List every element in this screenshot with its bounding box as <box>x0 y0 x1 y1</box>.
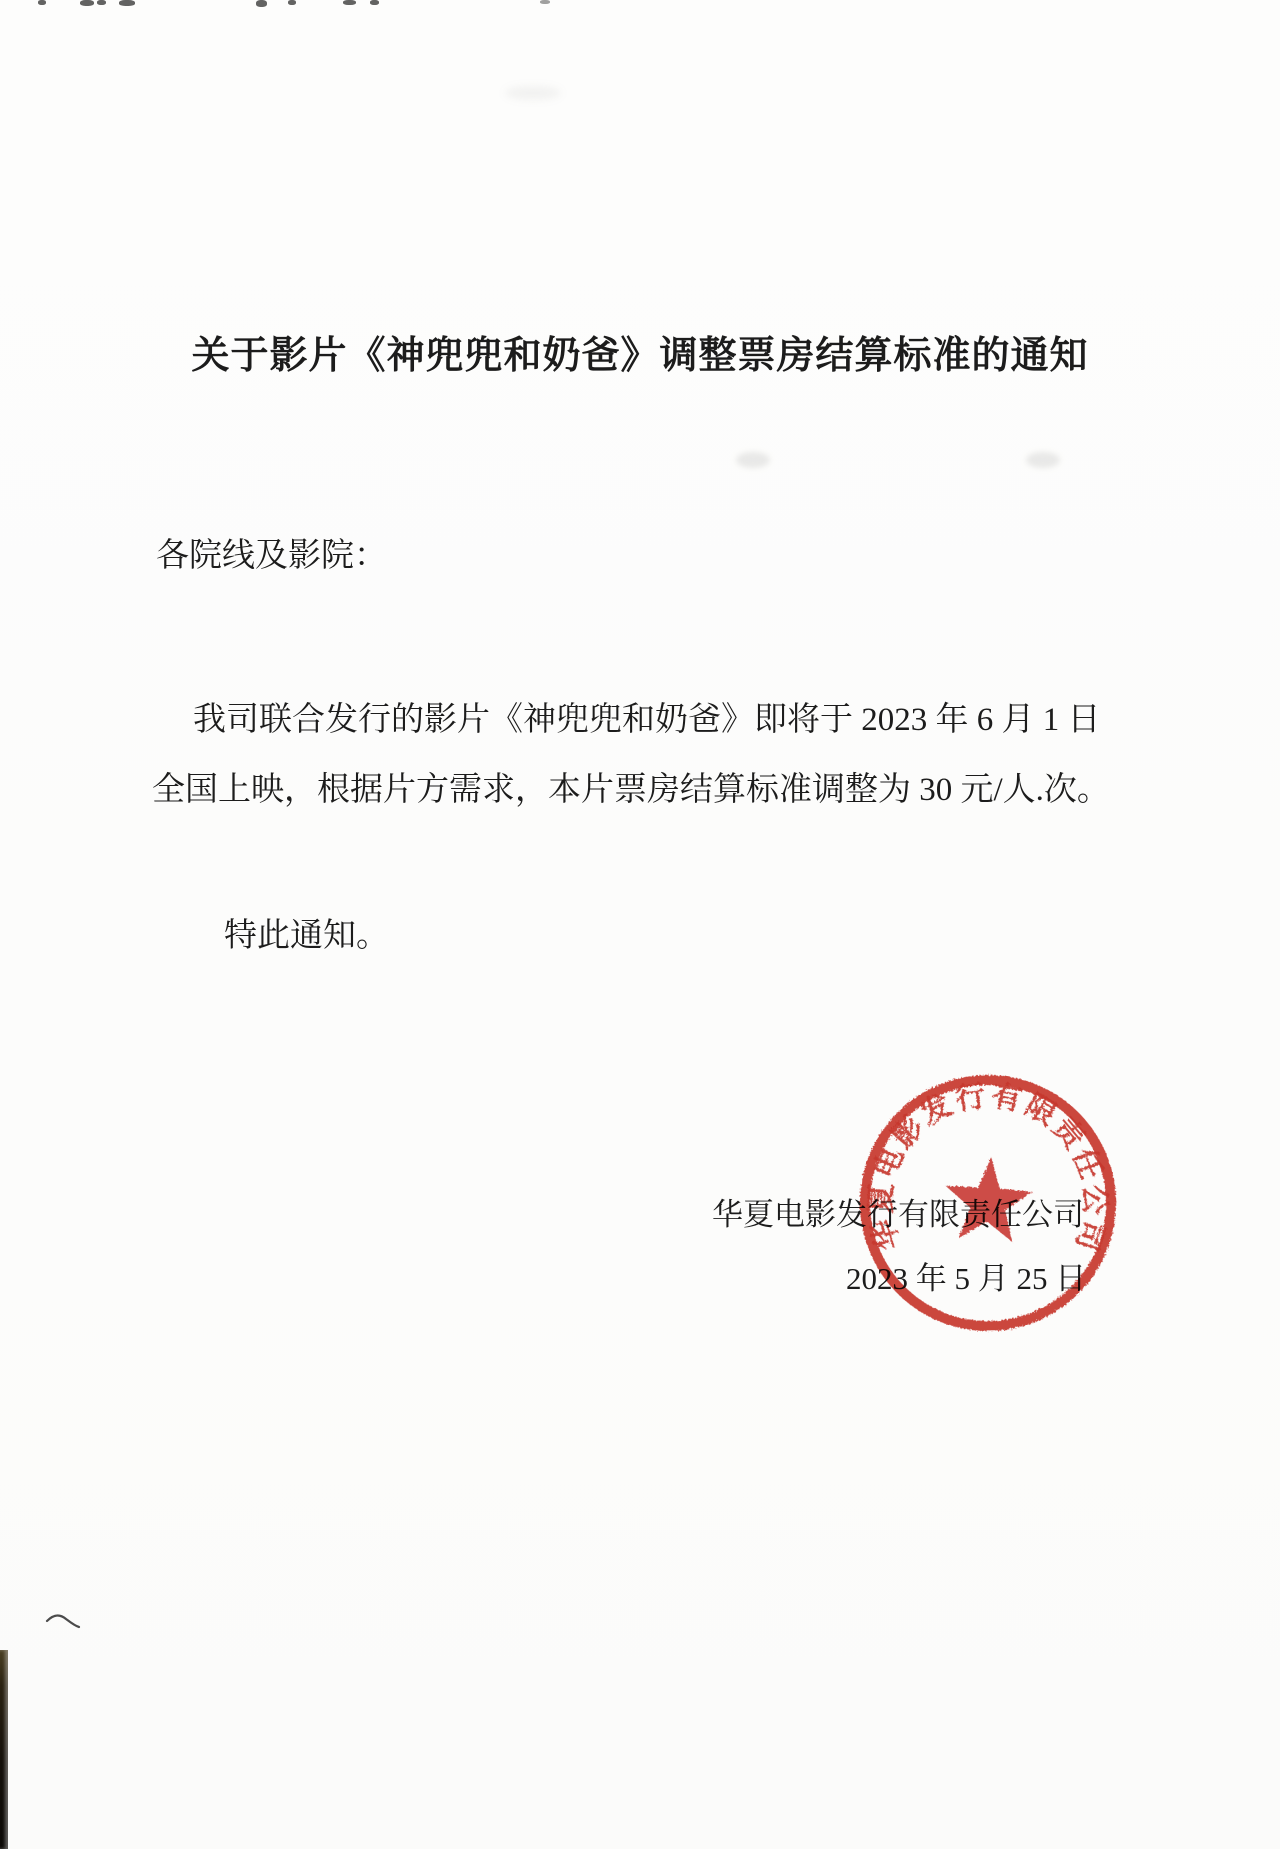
scan-speck <box>38 0 46 5</box>
body-paragraph-line-1: 我司联合发行的影片《神兜兜和奶爸》即将于 2023 年 6 月 1 日 <box>193 700 1101 741</box>
scan-speck <box>80 0 94 6</box>
scan-speck <box>370 0 379 5</box>
scan-speck <box>540 0 550 4</box>
closing-phrase: 特此通知。 <box>224 916 389 957</box>
notice-title: 关于影片《神兜兜和奶爸》调整票房结算标准的通知 <box>0 332 1280 380</box>
pen-mark-artifact <box>44 1610 82 1638</box>
scanned-notice-document: 关于影片《神兜兜和奶爸》调整票房结算标准的通知 各院线及影院： 我司联合发行的影… <box>0 0 1280 1849</box>
signature-date: 2023 年 5 月 25 日 <box>846 1260 1086 1299</box>
body-paragraph-line-2: 全国上映，根据片方需求，本片票房结算标准调整为 30 元/人.次。 <box>152 770 1110 811</box>
scan-smudge <box>1026 452 1060 468</box>
scan-edge-artifact <box>0 1650 8 1849</box>
scan-speck <box>97 0 106 5</box>
salutation: 各院线及影院： <box>156 536 387 577</box>
company-signature: 华夏电影发行有限责任公司 <box>712 1196 1084 1235</box>
scan-speck <box>288 0 296 5</box>
scan-smudge <box>736 452 770 468</box>
scan-smudge <box>505 86 561 100</box>
scan-speck <box>256 0 267 7</box>
scan-speck <box>343 0 356 5</box>
scan-speck <box>119 0 135 6</box>
